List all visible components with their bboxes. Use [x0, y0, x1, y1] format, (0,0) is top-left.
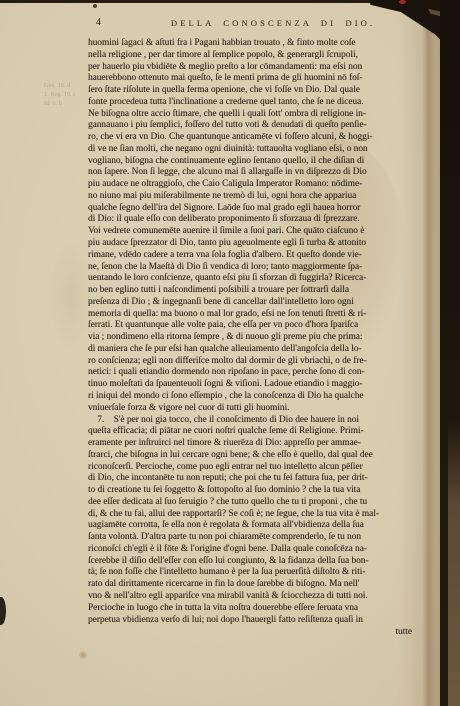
- text-line: ro conſcienza; egli non differiſce molto…: [88, 356, 418, 368]
- fore-edge-pages: [448, 420, 460, 706]
- text-line: di Dio: il quale eſſo con deliberato pro…: [88, 214, 418, 226]
- text-line: nella religione , per dar timore al ſemp…: [88, 50, 418, 62]
- text-line: non ſapere. Non ſi legge, che alcuno mai…: [88, 167, 418, 179]
- left-edge-chip: [0, 597, 6, 625]
- text-line: ne, ſenon che la Maeſtà di Dio ſi vendic…: [88, 262, 418, 274]
- text-line: riconoſci ch'egli è il fōte & l'origine …: [88, 544, 418, 556]
- ink-spot: [79, 651, 87, 659]
- text-line: ſerrati. Et quantunque alle volte paia, …: [88, 320, 418, 332]
- marginalia-showthrough: Gen. 18. d 1. Reg. 19. c Id. 6. b: [44, 81, 88, 108]
- text-line: di maniera che ſe pur eſsi han qualche a…: [88, 344, 418, 356]
- text-line: Ne biſogna oltre accio ſtimare, che quel…: [88, 109, 418, 121]
- text-line: qualche ſegno dell'ira del Signore. Laōd…: [88, 203, 418, 215]
- text-line: perpetua vbidienza verſo di lui; noi dop…: [88, 615, 418, 627]
- text-line: to di creatione tu ſei ſoggetto & ſottop…: [88, 485, 418, 497]
- text-line: 7. S'è per noi gia tocco, che il conoſci…: [88, 415, 418, 427]
- marginalia-line: Id. 6. b: [44, 99, 88, 108]
- text-line: no niuno mai piu miſerabilmente ne tremò…: [88, 191, 418, 203]
- text-line: rato dal dirittamente ricercarne in fin …: [88, 579, 418, 591]
- text-line: piu audace ne oltraggioſo, che Caio Cali…: [88, 179, 418, 191]
- page-crease: [422, 0, 436, 706]
- text-line: dee eſſer dedicata al ſuo ſeruigio ? che…: [88, 497, 418, 509]
- text-line: riconoſcerſi. Percioche, come puo egli e…: [88, 462, 418, 474]
- text-line: netici: i quali etiandio dormendo non ri…: [88, 367, 418, 379]
- text-line: queſta efficacia; di piātar ne cuori noſ…: [88, 426, 418, 438]
- catchword: tutte: [88, 626, 418, 638]
- marginalia-line: Gen. 18. d: [44, 81, 88, 90]
- text-line: eramente per inſtruirci nel timore & riu…: [88, 438, 418, 450]
- text-line: ſcerebbe il diſio dell'eſſer con eſſo lu…: [88, 556, 418, 568]
- text-line: vogliano, biſogna che continuamente egli…: [88, 156, 418, 168]
- paper-speck: [93, 4, 97, 8]
- paragraph-1: huomini ſagaci & aſtuti fra i Pagani hab…: [88, 38, 418, 415]
- text-line: Voi vedrete comunemēte auenire il ſimile…: [88, 226, 418, 238]
- text-line: vno & nell'altro egli appariſce vna mira…: [88, 591, 418, 603]
- text-line: uagiamēte corrotta, ſe ella non è regola…: [88, 520, 418, 532]
- text-line: uentando le loro conſcienze, quanto eſsi…: [88, 273, 418, 285]
- text-line: piu audace ſprezzator di Dio, tanto piu …: [88, 238, 418, 250]
- text-line: preſenza di Dio ; & ingegnanſi bene di c…: [88, 297, 418, 309]
- marginalia-line: 1. Reg. 19. c: [44, 90, 88, 99]
- text-line: di Dio, che incontanēte tu non reputi; c…: [88, 473, 418, 485]
- page-number: 4: [96, 17, 101, 28]
- text-line: gannauano i piu ſemplici, foſſero del tu…: [88, 120, 418, 132]
- text-line: ſtrarci, che biſogna in lui cercare ogni…: [88, 450, 418, 462]
- text-line: memoria di quella: ma buono o mal lor gr…: [88, 309, 418, 321]
- text-line: Percioche in luogo che in tutta la vita …: [88, 603, 418, 615]
- page-header: 4 DELLA CONOSCENZA DI DIO.: [88, 17, 418, 31]
- red-mark: [399, 0, 406, 4]
- text-line: tinuo moleſtati da ſpauenteuoli ſogni & …: [88, 379, 418, 391]
- text-line: vniuerſale forza & vigore nel cuor di tu…: [88, 403, 418, 415]
- text-line: di ve ne ſian molti, che negano ogni diu…: [88, 144, 418, 156]
- text-line: rimane, vdēdo cadere a terra vna ſola fo…: [88, 250, 418, 262]
- text-line: ſero ſtate riſolute in quella ferma open…: [88, 85, 418, 97]
- text-line: hauerebbono ottenuto mai queſto, ſe le m…: [88, 73, 418, 85]
- text-line: via ; nondimeno ella ritorna ſempre , & …: [88, 332, 418, 344]
- text-line: di, & che tu fai, allui dee rapportarſi?…: [88, 509, 418, 521]
- running-title: DELLA CONOSCENZA DI DIO.: [128, 18, 418, 28]
- text-line: fonte procedeua tutta l'inclinatione a c…: [88, 97, 418, 109]
- text-line: ri iniqui del mondo ci ſono eſſempio , c…: [88, 391, 418, 403]
- text-block: huomini ſagaci & aſtuti fra i Pagani hab…: [88, 38, 418, 638]
- text-line: huomini ſagaci & aſtuti fra i Pagani hab…: [88, 38, 418, 50]
- text-line: ro, che vi era vn Dio. Che quantunque an…: [88, 132, 418, 144]
- paragraph-2: 7. S'è per noi gia tocco, che il conoſci…: [88, 415, 418, 627]
- book-page-photo: Gen. 18. d 1. Reg. 19. c Id. 6. b 4 DELL…: [0, 0, 460, 706]
- text-line: tà; ſe non foſſe che l'intelletto humano…: [88, 567, 418, 579]
- text-line: per hauerlo piu vbidiēte & meglio preſto…: [88, 62, 418, 74]
- text-line: no ben eglino tutti i naſcondimenti poſs…: [88, 285, 418, 297]
- text-line: ſanta volontà. D'altra parte tu non poi …: [88, 532, 418, 544]
